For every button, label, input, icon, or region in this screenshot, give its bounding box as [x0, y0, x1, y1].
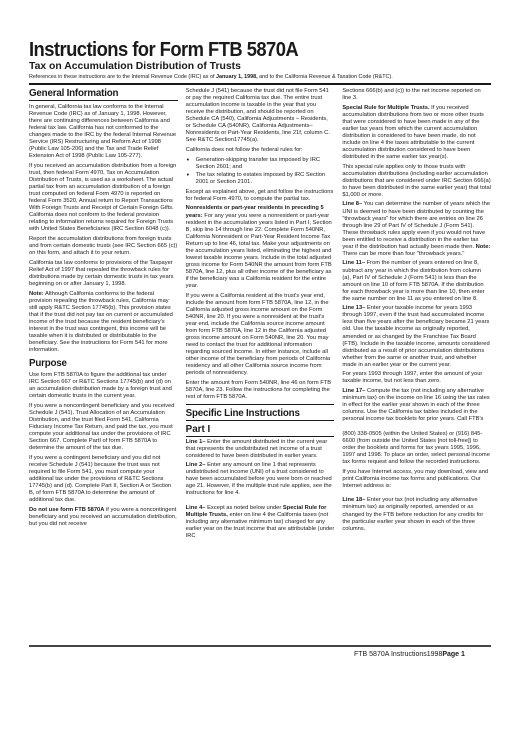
paragraph: If you were a noncontingent beneficiary …: [29, 403, 178, 452]
page-number: Page 1: [442, 651, 465, 658]
section-heading-specific-line-instructions: Specific Line Instructions: [186, 404, 335, 421]
paragraph: If you were a contingent beneficiary and…: [29, 455, 178, 504]
column-left: General Information In general, Californ…: [29, 88, 178, 543]
line-instruction: Line 4– Except as noted below under Spec…: [186, 505, 335, 540]
bullet-item: The tax relating to estates imposed by I…: [196, 172, 335, 186]
paragraph: Special Rule for Multiple Trusts. If you…: [342, 105, 491, 161]
part-heading: Part I: [186, 424, 335, 437]
line-instruction: Line 8– You can determine the number of …: [342, 201, 491, 257]
paragraph: Except as explained above, get and follo…: [186, 189, 335, 203]
paragraph: Nonresidents or part-year residents in p…: [186, 205, 335, 290]
note-paragraph: Note: Although California conforms to th…: [29, 291, 178, 354]
line-instruction: Line 2– Enter any amount on line 1 that …: [186, 462, 335, 497]
paragraph: (800) 338-0505 (within the United States…: [342, 431, 491, 466]
line-instruction: Line 17– Compute the tax (not including …: [342, 388, 491, 423]
paragraph: In general, California tax law conforms …: [29, 104, 178, 160]
document-title: Instructions for Form FTB 5870A: [29, 40, 454, 60]
paragraph: Use form FTB 5870A to figure the additio…: [29, 372, 178, 400]
references-note: References in these instructions are to …: [29, 73, 491, 81]
paragraph: Sections 666(b) and (c)) to the net inco…: [342, 88, 491, 102]
document-subtitle: Tax on Accumulation Distribution of Trus…: [29, 61, 491, 73]
column-middle: Schedule J (541) because the trust did n…: [186, 88, 335, 543]
line-instruction: Line 11– From the number of years entere…: [342, 260, 491, 302]
section-heading-general-information: General Information: [29, 88, 178, 101]
header-divider: [29, 83, 491, 85]
paragraph: If you received an accumulation distribu…: [29, 163, 178, 233]
body-columns: General Information In general, Californ…: [29, 88, 491, 543]
paragraph: Enter the amount from Form 540NR, line 4…: [186, 380, 335, 401]
page-footer: FTB 5870A Instructions1998Page 1: [354, 650, 465, 659]
column-right: Sections 666(b) and (c)) to the net inco…: [342, 88, 491, 543]
paragraph: Do not use form FTB 5870A if you were a …: [29, 507, 178, 528]
bullet-list: Generation-skipping transfer tax imposed…: [186, 157, 335, 186]
instructions-page: Instructions for Form FTB 5870A Tax on A…: [29, 40, 491, 543]
paragraph: California tax law conforms to provision…: [29, 260, 178, 288]
section-heading-purpose: Purpose: [29, 358, 178, 370]
paragraph: For years 1993 through 1997, enter the a…: [342, 371, 491, 385]
paragraph: If you have Internet access, you may dow…: [342, 469, 491, 490]
bullet-item: Generation-skipping transfer tax imposed…: [196, 157, 335, 171]
line-instruction: Line 13– Enter your taxable income for y…: [342, 305, 491, 368]
line-instruction: Line 1– Enter the amount distributed in …: [186, 439, 335, 460]
paragraph: This special rule applies only to those …: [342, 164, 491, 199]
paragraph: California does not follow the federal r…: [186, 147, 335, 154]
paragraph: Report the accumulation distributions fr…: [29, 236, 178, 257]
footer-divider: [29, 645, 491, 647]
paragraph: If you were a California resident at the…: [186, 293, 335, 378]
line-instruction: Line 18– Enter your tax (not including a…: [342, 497, 491, 532]
paragraph: Schedule J (541) because the trust did n…: [186, 88, 335, 144]
